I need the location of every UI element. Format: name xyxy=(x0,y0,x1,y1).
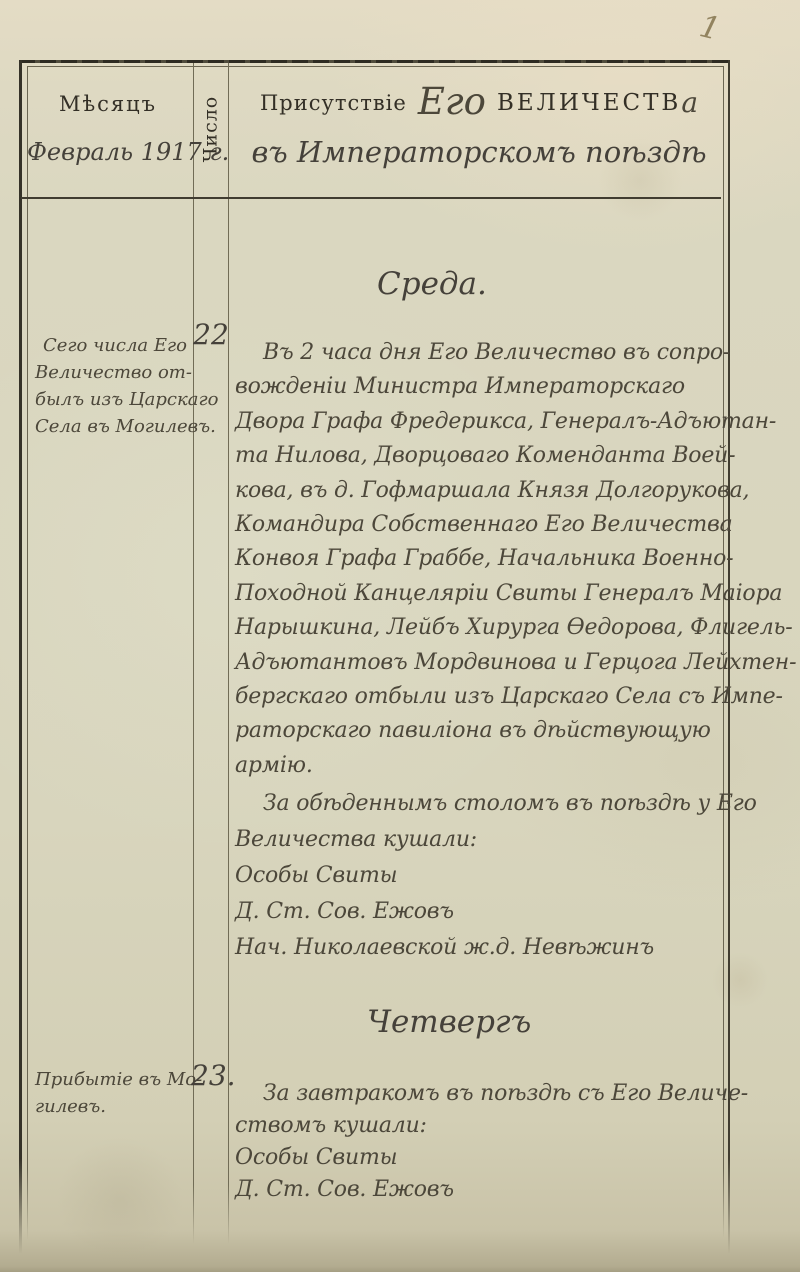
paragraph-breakfast: За завтракомъ въ поѣздѣ съ Его Величе-ст… xyxy=(235,1078,731,1206)
presence-title-line1: Присутствіе Его ВЕЛИЧЕСТВа xyxy=(228,80,730,123)
text-line: армію. xyxy=(235,749,731,783)
header-separator-rule xyxy=(21,197,721,199)
border-top-inner xyxy=(27,66,723,67)
paragraph-dinner: За обѣденнымъ столомъ въ поѣздѣ у ЕгоВел… xyxy=(235,786,731,966)
text-line: За завтракомъ въ поѣздѣ съ Его Величе- xyxy=(235,1078,731,1110)
text-line: Командира Собственнаго Его Величества xyxy=(235,508,731,542)
text-line: Конвоя Графа Граббе, Начальника Военно- xyxy=(235,542,731,576)
day-column-label: Число xyxy=(200,95,222,162)
text-line: та Нилова, Дворцоваго Коменданта Воей- xyxy=(235,439,731,473)
text-line: Походной Канцеляріи Свиты Генералъ Маіор… xyxy=(235,577,731,611)
margin-note-departure: Сего числа ЕгоВеличество от-былъ изъ Цар… xyxy=(35,332,195,440)
presence-printed-word: Присутствіе xyxy=(260,91,407,115)
presence-majesty-flourish: а xyxy=(681,86,698,119)
text-line: Нарышкина, Лейбъ Хирурга Ѳедорова, Флиге… xyxy=(235,611,731,645)
text-line: гилевъ. xyxy=(35,1093,195,1120)
text-line: Сего числа Его xyxy=(35,332,195,359)
border-left-inner xyxy=(27,66,28,1240)
ledger-table: Мѣсяцъ Февраль 1917 г. Число Присутствіе… xyxy=(19,60,730,1254)
text-line: Нач. Николаевской ж.д. Невѣжинъ xyxy=(235,930,731,966)
page-corner-mark: 1 xyxy=(696,8,724,48)
day-number-23: 23. xyxy=(191,1059,231,1092)
text-line: Д. Ст. Сов. Ежовъ xyxy=(235,1174,731,1206)
text-line: кова, въ д. Гофмаршала Князя Долгорукова… xyxy=(235,474,731,508)
text-line: За обѣденнымъ столомъ въ поѣздѣ у Его xyxy=(235,786,731,822)
month-label: Мѣсяцъ xyxy=(27,92,189,116)
text-line: бергскаго отбыли изъ Царскаго Села съ Им… xyxy=(235,680,731,714)
text-line: Въ 2 часа дня Его Величество въ сопро- xyxy=(235,336,731,370)
header-presence-cell: Присутствіе Его ВЕЛИЧЕСТВа въ Императорс… xyxy=(228,80,730,169)
border-top-outer xyxy=(19,60,730,63)
weekday-heading-wednesday: Среда. xyxy=(377,266,487,302)
weekday-heading-thursday: Четвергъ xyxy=(367,1004,531,1040)
text-line: ствомъ кушали: xyxy=(235,1110,731,1142)
text-line: Особы Свиты xyxy=(235,858,731,894)
scanned-page: 1 Мѣсяцъ Февраль 1917 г. Число Присутств… xyxy=(0,0,800,1272)
text-line: Села въ Могилевъ. xyxy=(35,413,195,440)
text-line: Д. Ст. Сов. Ежовъ xyxy=(235,894,731,930)
text-line: Величество от- xyxy=(35,359,195,386)
text-line: былъ изъ Царскаго xyxy=(35,386,195,413)
month-value-handwritten: Февраль 1917 г. xyxy=(27,138,189,166)
text-line: вожденіи Министра Императорскаго xyxy=(235,370,731,404)
margin-note-arrival: Прибытіе въ Мо-гилевъ. xyxy=(35,1066,195,1120)
presence-his-word: Его xyxy=(418,80,486,123)
text-line: раторскаго павиліона въ дѣйствующую xyxy=(235,714,731,748)
text-line: Величества кушали: xyxy=(235,822,731,858)
presence-majesty-word: ВЕЛИЧЕСТВ xyxy=(497,90,681,116)
header-month-cell: Мѣсяцъ Февраль 1917 г. xyxy=(27,92,189,166)
text-line: Прибытіе въ Мо- xyxy=(35,1066,195,1093)
text-line: Адъютантовъ Мордвинова и Герцога Лейхтен… xyxy=(235,646,731,680)
text-line: Двора Графа Фредерикса, Генералъ-Адъютан… xyxy=(235,405,731,439)
text-line: Особы Свиты xyxy=(235,1142,731,1174)
day-number-22: 22 xyxy=(191,318,231,351)
presence-title-line2: въ Императорскомъ поѣздѣ xyxy=(228,135,730,169)
border-left-outer xyxy=(19,60,22,1254)
header-day-cell: Число xyxy=(193,60,228,197)
paragraph-departure: Въ 2 часа дня Его Величество въ сопро-во… xyxy=(235,336,731,783)
